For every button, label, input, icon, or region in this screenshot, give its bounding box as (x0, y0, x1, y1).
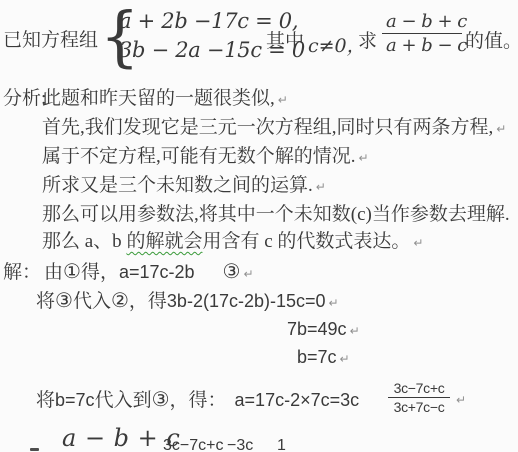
solution-step-2: 将③代入②，得 3b-2(17c-2b)-15c=0↵ (36, 289, 339, 314)
analysis-line-6: 那么 a、b 的解就会用含有 c 的代数式表达。↵ (42, 231, 423, 254)
final-rhs-numerator-1: 3c−7c+c (163, 437, 223, 452)
analysis-line-1: 此题和昨天留的一题很类似,↵ (42, 88, 288, 111)
problem-seek: 求 (358, 31, 377, 53)
problem-suffix: 的值。 (465, 31, 518, 53)
circled-number-3: ③ (223, 260, 241, 282)
step3-text-3: ，得： (170, 390, 227, 412)
return-mark: ↵ (350, 324, 360, 338)
step2-text-3: ，得 (129, 291, 167, 313)
cutoff-glyph-fragment (30, 448, 39, 451)
step3-text-1: 将 (36, 390, 55, 412)
equation-7b-49c-text: 7b=49c (287, 319, 347, 339)
return-mark: ↵ (496, 122, 506, 136)
solution-step-1: 解： 由①得，a=17c-2b③↵ (3, 260, 254, 285)
solution-label: 解： (3, 262, 41, 284)
step3-equation-1: b=7c (55, 389, 95, 411)
target-fraction-numerator: a − b + c (382, 11, 462, 34)
target-fraction: a − b + c a + b − c (382, 11, 462, 56)
step2-text-1: 将 (36, 291, 55, 313)
target-fraction-denominator: a + b − c (382, 34, 462, 56)
analysis-line-2-text: 首先,我们发现它是三元一次方程组,同时只有两条方程, (42, 117, 493, 138)
circled-number-3: ③ (152, 388, 170, 410)
equation-7b-49c: 7b=49c↵ (287, 319, 360, 340)
return-mark: ↵ (413, 236, 423, 250)
grammar-check-squiggle-text: 的解就会 (126, 231, 202, 252)
solution-step-3: 将 b=7c 代入到③，得：a=17c-2×7c=3c (36, 388, 359, 412)
analysis-line-4-text: 所求又是三个未知数之间的运算. (42, 175, 313, 196)
analysis-line-1-text: 此题和昨天留的一题很类似, (42, 88, 275, 109)
step2-equation: 3b-2(17c-2b)-15c=0 (167, 290, 326, 312)
return-mark: ↵ (329, 292, 339, 314)
analysis-line-5: 那么可以用参数法,将其中一个未知数(c)当作参数去理解. (42, 204, 510, 226)
return-mark: ↵ (316, 180, 326, 194)
return-mark: ↵ (456, 393, 466, 407)
check-fraction: 3c−7c+c 3c+7c−c (388, 380, 450, 415)
step1-text-2: 得， (81, 262, 119, 284)
problem-where: 其中 (266, 31, 304, 53)
return-mark: ↵ (278, 93, 288, 107)
step1-text-1: 由 (44, 262, 63, 284)
step3-text-2: 代入到 (95, 390, 152, 412)
return-mark: ↵ (340, 352, 350, 366)
return-mark: ↵ (243, 263, 253, 285)
equation-b-7c: b=7c↵ (297, 347, 350, 368)
analysis-line-3: 属于不定方程,可能有无数个解的情况.↵ (42, 146, 369, 169)
step3-equation-2: a=17c-2×7c=3c (235, 389, 360, 411)
check-fraction-numerator: 3c−7c+c (388, 380, 450, 398)
problem-prefix: 已知方程组 (3, 30, 98, 52)
circled-number-3: ③ (55, 289, 73, 311)
circled-number-2: ② (111, 289, 129, 311)
problem-condition: c≠0， (308, 31, 366, 58)
analysis-line-3-text: 属于不定方程,可能有无数个解的情况. (42, 146, 356, 167)
step2-text-2: 代入 (73, 291, 111, 313)
step1-equation: a=17c-2b (119, 261, 195, 283)
equation-b-7c-text: b=7c (297, 347, 337, 367)
circled-number-1: ① (63, 260, 81, 282)
final-rhs-numerator-3: 1 (277, 437, 286, 452)
problem-statement: 已知方程组 { a + 2b −17c = 0, 3b − 2a −15c = … (0, 0, 518, 74)
analysis-line-6-post: 用含有 c 的代数式表达。 (202, 231, 410, 252)
math-worksheet-page: 已知方程组 { a + 2b −17c = 0, 3b − 2a −15c = … (0, 0, 518, 452)
analysis-label: 分析: (3, 88, 46, 110)
analysis-line-2: 首先,我们发现它是三元一次方程组,同时只有两条方程,↵ (42, 117, 506, 140)
check-fraction-denominator: 3c+7c−c (388, 398, 450, 415)
final-rhs-numerator-2: −3c (227, 437, 253, 452)
analysis-line-6-pre: 那么 a、b (42, 231, 126, 252)
analysis-line-5-text: 那么可以用参数法,将其中一个未知数(c)当作参数去理解. (42, 204, 510, 225)
analysis-line-4: 所求又是三个未知数之间的运算.↵ (42, 175, 326, 198)
return-mark: ↵ (359, 151, 369, 165)
